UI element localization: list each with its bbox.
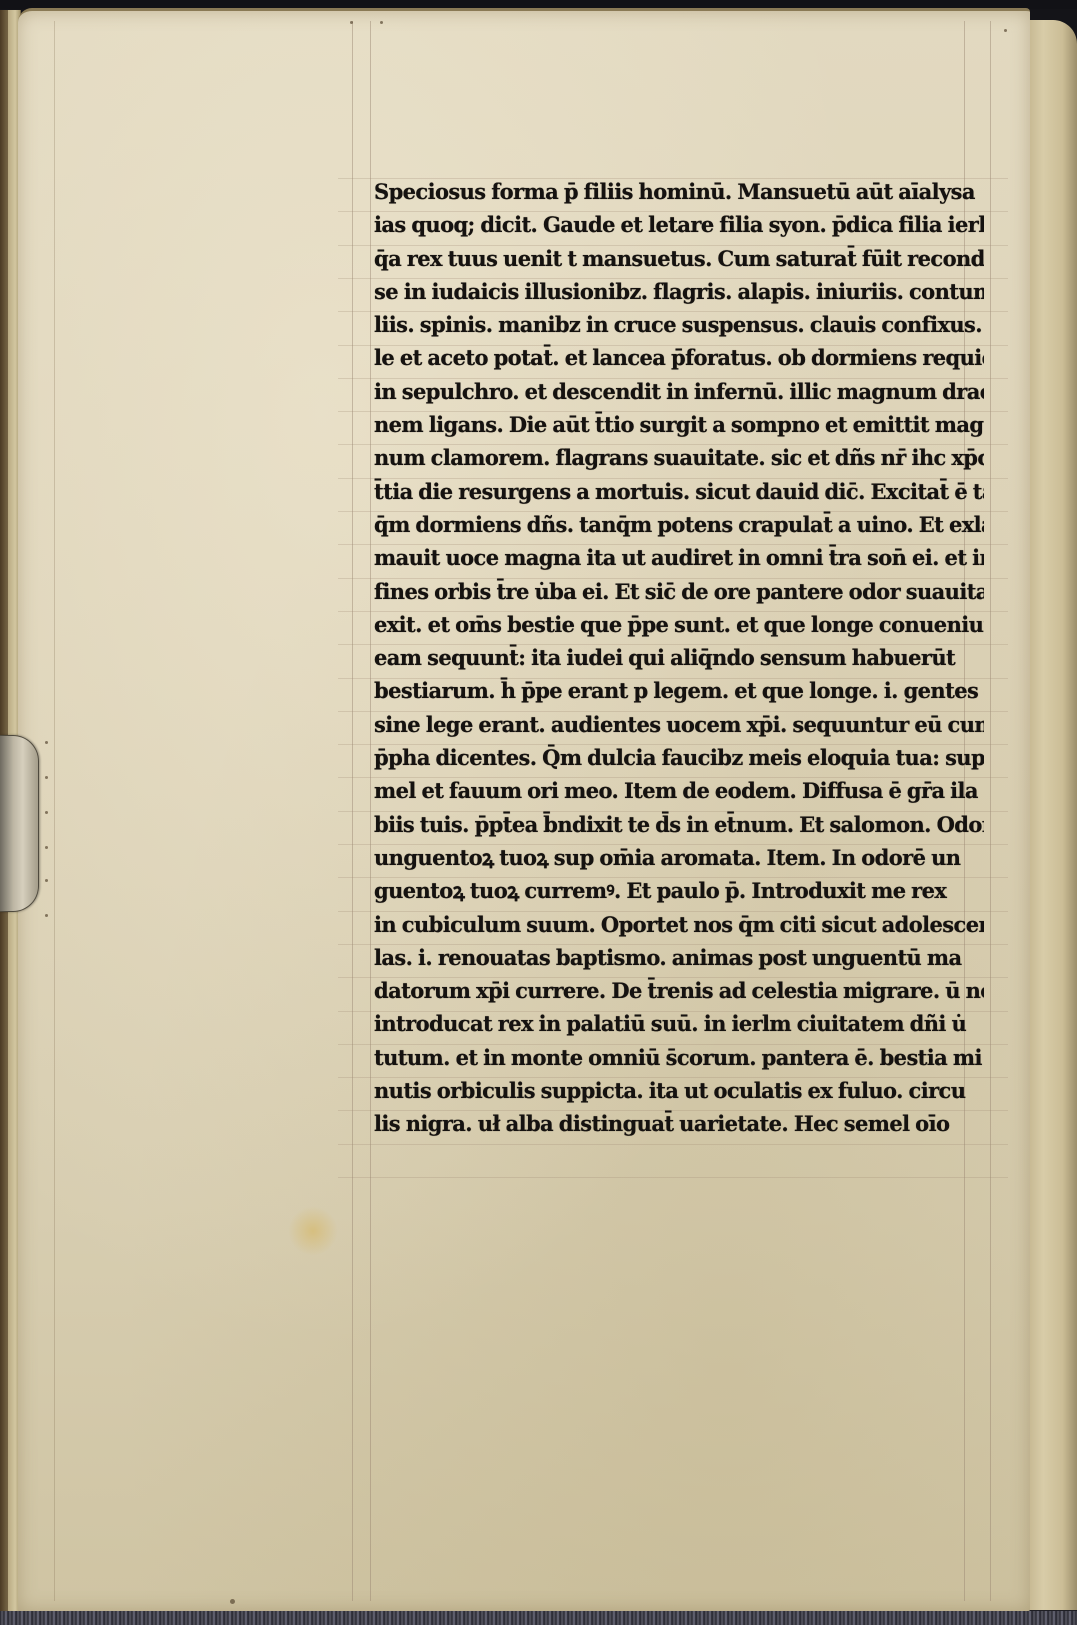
text-line: biis tuis. p̄pt̄ea b̄ndixit te d̄s in et… — [374, 808, 984, 841]
text-line: fines orbis t̄re u̇ba ei. Et sic̄ de ore… — [374, 575, 984, 608]
parchment-stain — [288, 1206, 338, 1256]
text-line: exit. et om̄s bestie que p̄pe sunt. et q… — [374, 608, 984, 641]
text-line: in sepulchro. et descendit in infernū. i… — [374, 375, 984, 408]
text-line: liis. spinis. manibz in cruce suspensus.… — [374, 308, 984, 341]
ruling-line-horizontal — [338, 1144, 1008, 1145]
text-line: q̄m dormiens dñs. tanq̄m potens crapulat… — [374, 508, 984, 541]
text-line: ias quoq; dicit. Gaude et letare filia s… — [374, 208, 984, 241]
text-line: tutum. et in monte omniū s̄corum. panter… — [374, 1041, 984, 1074]
manuscript-text-block: Speciosus forma p̄ filiis hominū. Mansue… — [374, 175, 984, 1141]
manuscript-viewport: Speciosus forma p̄ filiis hominū. Mansue… — [0, 0, 1077, 1625]
text-line: unguentoꝝ tuoꝝ sup om̄ia aromata. Item. … — [374, 841, 984, 874]
book-cover-bottom-edge — [0, 1611, 1077, 1625]
book-clasp — [0, 735, 39, 912]
text-line: lis nigra. uł alba distinguat̄ uarietate… — [374, 1107, 984, 1140]
text-line: t̄tia die resurgens a mortuis. sicut dau… — [374, 475, 984, 508]
text-line: datorum xp̄i currere. De t̄renis ad cele… — [374, 974, 984, 1007]
text-line: bestiarum. h̄ p̄pe erant p legem. et que… — [374, 674, 984, 707]
prick-mark — [45, 741, 48, 744]
text-line: eam sequunt̄: ita iudei qui aliq̄ndo sen… — [374, 641, 984, 674]
prick-mark — [230, 1599, 235, 1604]
text-line: mel et fauum ori meo. Item de eodem. Dif… — [374, 774, 984, 807]
text-line: guentoꝝ tuoꝝ curremꝰ. Et paulo p̄. Intro… — [374, 874, 984, 907]
prick-mark — [350, 21, 353, 24]
text-line: las. i. renouatas baptismo. animas post … — [374, 941, 984, 974]
prick-mark — [45, 811, 48, 814]
text-line: introducat rex in palatiū suū. in ierlm … — [374, 1007, 984, 1040]
text-line: num clamorem. flagrans suauitate. sic et… — [374, 441, 984, 474]
text-line: se in iudaicis illusionibz. flagris. ala… — [374, 275, 984, 308]
text-line: Speciosus forma p̄ filiis hominū. Mansue… — [374, 175, 984, 208]
prick-mark — [45, 914, 48, 917]
prick-mark — [45, 879, 48, 882]
prick-mark — [380, 21, 383, 24]
prick-mark — [1004, 29, 1007, 32]
text-line: sine lege erant. audientes uocem xp̄i. s… — [374, 708, 984, 741]
text-line: nem ligans. Die aūt t̄tio surgit a sompn… — [374, 408, 984, 441]
prick-mark — [45, 846, 48, 849]
text-line: mauit uoce magna ita ut audiret in omni … — [374, 541, 984, 574]
text-line: q̄a rex tuus uenit t mansuetus. Cum satu… — [374, 242, 984, 275]
text-line: p̄pha dicentes. Q̄m dulcia faucibz meis … — [374, 741, 984, 774]
text-line: in cubiculum suum. Oportet nos q̄m citi … — [374, 908, 984, 941]
leaf-edge-right — [1027, 20, 1077, 1610]
prick-mark — [45, 776, 48, 779]
ruling-line-horizontal — [338, 1177, 1008, 1178]
text-line: le et aceto potat̄. et lancea p̄foratus.… — [374, 341, 984, 374]
ruling-line-vertical — [54, 21, 55, 1601]
text-line: nutis orbiculis suppicta. ita ut oculati… — [374, 1074, 984, 1107]
